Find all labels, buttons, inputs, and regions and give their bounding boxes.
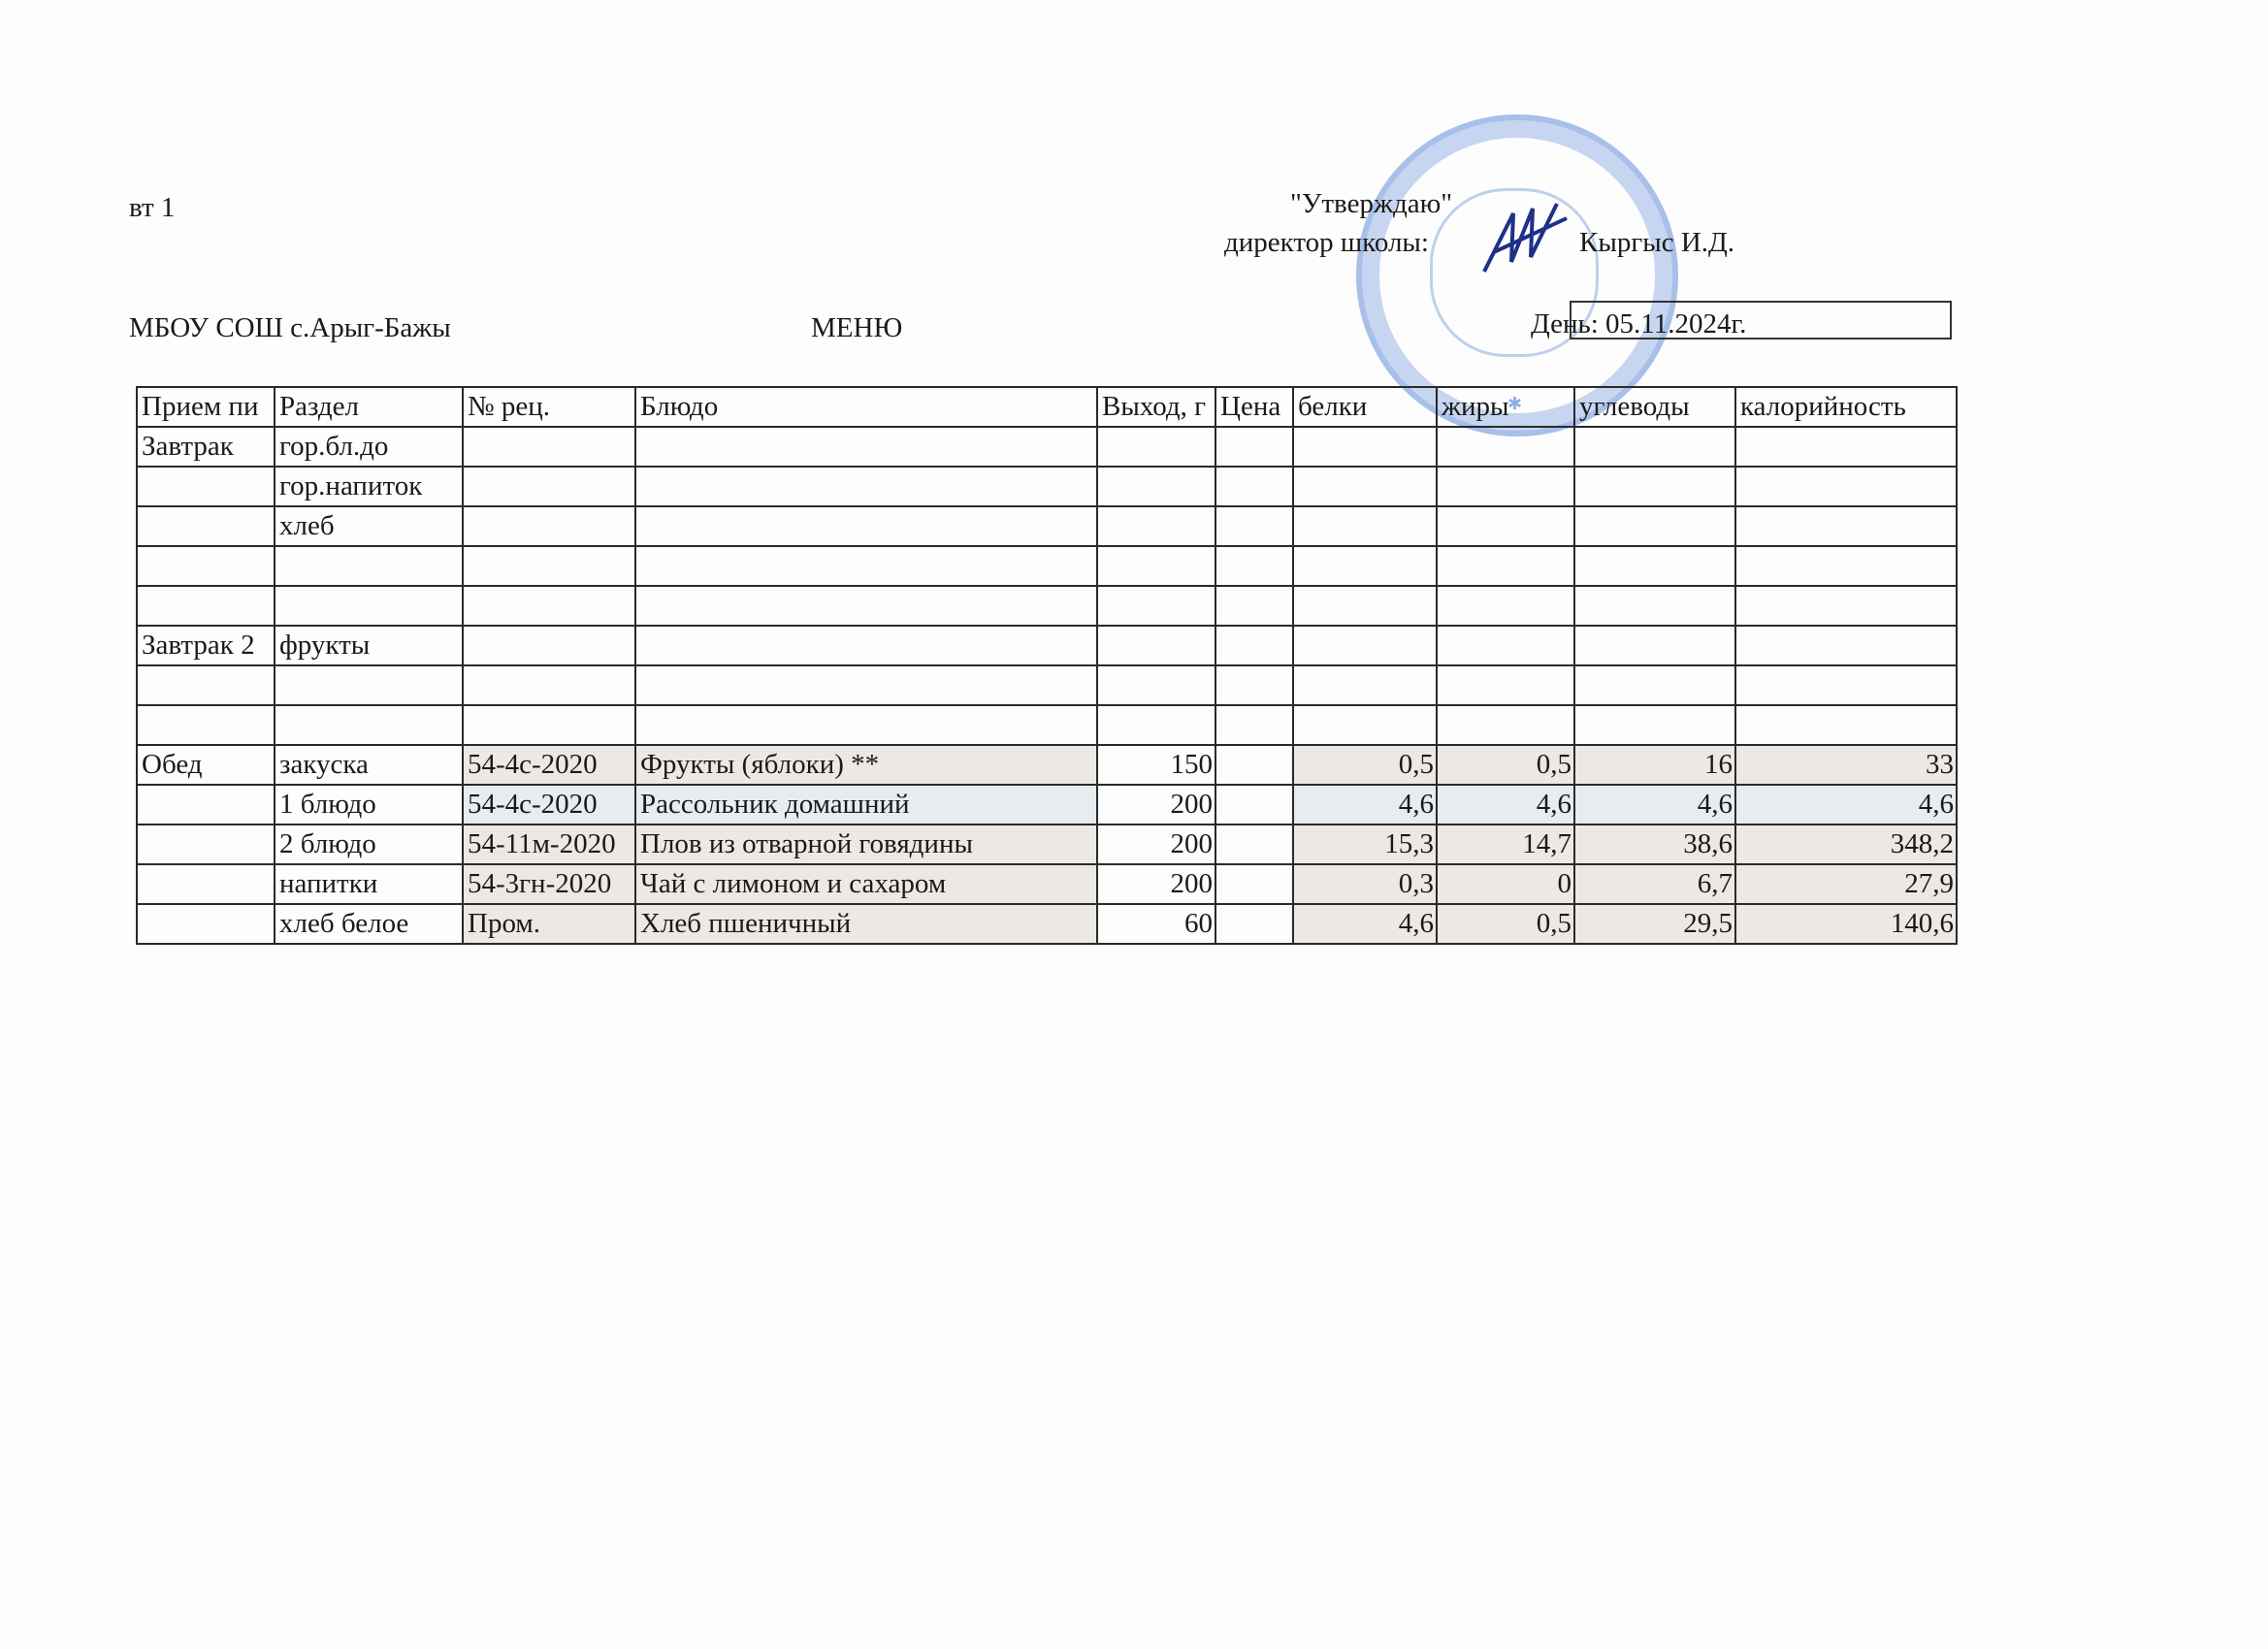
- cell-price: [1215, 427, 1293, 467]
- cell-meal: [137, 467, 275, 506]
- cell-meal: [137, 824, 275, 864]
- cell-fat: [1437, 705, 1574, 745]
- cell-price: [1215, 506, 1293, 546]
- cell-carbs: [1574, 427, 1735, 467]
- cell-yield: [1097, 705, 1215, 745]
- cell-section: [275, 546, 463, 586]
- menu-date: День: 05.11.2024г.: [1531, 308, 1746, 340]
- cell-price: [1215, 705, 1293, 745]
- cell-carbs: 4,6: [1574, 785, 1735, 824]
- cell-calories: [1735, 427, 1957, 467]
- cell-dish: [635, 586, 1097, 626]
- cell-section: закуска: [275, 745, 463, 785]
- cell-yield: [1097, 626, 1215, 665]
- cell-yield: 150: [1097, 745, 1215, 785]
- cell-protein: [1293, 665, 1437, 705]
- cell-meal: Обед: [137, 745, 275, 785]
- menu-table: Прием пиРаздел№ рец.БлюдоВыход, гЦенабел…: [136, 386, 1958, 945]
- cell-dish: Рассольник домашний: [635, 785, 1097, 824]
- column-header: жиры: [1437, 387, 1574, 427]
- cell-dish: Хлеб пшеничный: [635, 904, 1097, 944]
- table-row: Обедзакуска54-4с-2020Фрукты (яблоки) **1…: [137, 745, 1957, 785]
- cell-carbs: 16: [1574, 745, 1735, 785]
- table-row: хлеб: [137, 506, 1957, 546]
- cell-dish: [635, 467, 1097, 506]
- cell-carbs: [1574, 626, 1735, 665]
- table-row: [137, 546, 1957, 586]
- director-label: директор школы:: [1224, 227, 1429, 259]
- cell-dish: [635, 506, 1097, 546]
- cell-fat: [1437, 427, 1574, 467]
- table-row: напитки54-3гн-2020Чай с лимоном и сахаро…: [137, 864, 1957, 904]
- cell-calories: 4,6: [1735, 785, 1957, 824]
- cell-section: [275, 586, 463, 626]
- cell-meal: [137, 705, 275, 745]
- cell-calories: [1735, 586, 1957, 626]
- cell-calories: [1735, 506, 1957, 546]
- table-row: 2 блюдо54-11м-2020Плов из отварной говяд…: [137, 824, 1957, 864]
- cell-meal: [137, 586, 275, 626]
- cell-recipe: [463, 506, 635, 546]
- cell-section: напитки: [275, 864, 463, 904]
- cell-section: гор.бл.до: [275, 427, 463, 467]
- cell-carbs: 38,6: [1574, 824, 1735, 864]
- cell-fat: 0: [1437, 864, 1574, 904]
- cell-protein: 0,5: [1293, 745, 1437, 785]
- cell-protein: 0,3: [1293, 864, 1437, 904]
- cell-protein: 15,3: [1293, 824, 1437, 864]
- cell-fat: [1437, 626, 1574, 665]
- cell-meal: [137, 506, 275, 546]
- table-row: [137, 705, 1957, 745]
- cell-price: [1215, 785, 1293, 824]
- cell-carbs: [1574, 467, 1735, 506]
- column-header: белки: [1293, 387, 1437, 427]
- cell-yield: 200: [1097, 864, 1215, 904]
- cell-meal: [137, 904, 275, 944]
- cell-protein: [1293, 705, 1437, 745]
- cell-yield: 200: [1097, 824, 1215, 864]
- cell-yield: [1097, 467, 1215, 506]
- cell-fat: [1437, 586, 1574, 626]
- cell-calories: [1735, 626, 1957, 665]
- cell-protein: [1293, 586, 1437, 626]
- cell-carbs: 29,5: [1574, 904, 1735, 944]
- cell-protein: 4,6: [1293, 785, 1437, 824]
- cell-section: [275, 705, 463, 745]
- cell-protein: 4,6: [1293, 904, 1437, 944]
- cell-fat: 0,5: [1437, 904, 1574, 944]
- cell-price: [1215, 904, 1293, 944]
- cell-yield: [1097, 586, 1215, 626]
- cell-protein: [1293, 506, 1437, 546]
- cell-meal: [137, 864, 275, 904]
- column-header: Прием пи: [137, 387, 275, 427]
- cell-dish: [635, 626, 1097, 665]
- cell-meal: Завтрак 2: [137, 626, 275, 665]
- cell-carbs: [1574, 665, 1735, 705]
- cell-dish: [635, 546, 1097, 586]
- cell-recipe: [463, 665, 635, 705]
- cell-dish: [635, 665, 1097, 705]
- cell-recipe: 54-4с-2020: [463, 785, 635, 824]
- cell-yield: [1097, 427, 1215, 467]
- cell-fat: 0,5: [1437, 745, 1574, 785]
- cell-price: [1215, 745, 1293, 785]
- table-row: Завтракгор.бл.до: [137, 427, 1957, 467]
- cell-section: 1 блюдо: [275, 785, 463, 824]
- cell-protein: [1293, 546, 1437, 586]
- cell-recipe: 54-4с-2020: [463, 745, 635, 785]
- cell-fat: [1437, 506, 1574, 546]
- cell-calories: [1735, 665, 1957, 705]
- cell-price: [1215, 546, 1293, 586]
- cell-protein: [1293, 467, 1437, 506]
- cell-protein: [1293, 626, 1437, 665]
- column-header: Выход, г: [1097, 387, 1215, 427]
- cell-dish: Фрукты (яблоки) **: [635, 745, 1097, 785]
- table-row: Завтрак 2фрукты: [137, 626, 1957, 665]
- cell-fat: 4,6: [1437, 785, 1574, 824]
- cell-calories: 348,2: [1735, 824, 1957, 864]
- director-name: Кыргыс И.Д.: [1579, 227, 1734, 259]
- cell-recipe: [463, 546, 635, 586]
- cell-meal: [137, 665, 275, 705]
- cell-calories: 27,9: [1735, 864, 1957, 904]
- table-row: хлеб белоеПром.Хлеб пшеничный604,60,529,…: [137, 904, 1957, 944]
- cell-dish: Плов из отварной говядины: [635, 824, 1097, 864]
- cell-yield: 200: [1097, 785, 1215, 824]
- cell-section: [275, 665, 463, 705]
- table-row: 1 блюдо54-4с-2020Рассольник домашний2004…: [137, 785, 1957, 824]
- column-header: Цена: [1215, 387, 1293, 427]
- cell-dish: [635, 705, 1097, 745]
- cell-fat: 14,7: [1437, 824, 1574, 864]
- cell-calories: 140,6: [1735, 904, 1957, 944]
- cell-recipe: [463, 427, 635, 467]
- cell-price: [1215, 626, 1293, 665]
- cell-carbs: 6,7: [1574, 864, 1735, 904]
- cell-dish: [635, 427, 1097, 467]
- cell-carbs: [1574, 705, 1735, 745]
- cell-protein: [1293, 427, 1437, 467]
- cell-recipe: 54-11м-2020: [463, 824, 635, 864]
- cell-price: [1215, 665, 1293, 705]
- column-header: Раздел: [275, 387, 463, 427]
- cell-recipe: [463, 586, 635, 626]
- cell-price: [1215, 586, 1293, 626]
- cell-meal: [137, 546, 275, 586]
- table-row: [137, 665, 1957, 705]
- column-header: калорийность: [1735, 387, 1957, 427]
- cell-recipe: [463, 626, 635, 665]
- cell-calories: 33: [1735, 745, 1957, 785]
- cell-recipe: Пром.: [463, 904, 635, 944]
- table-row: [137, 586, 1957, 626]
- page-title: МЕНЮ: [811, 312, 902, 344]
- cell-fat: [1437, 467, 1574, 506]
- column-header: № рец.: [463, 387, 635, 427]
- signature-icon: [1474, 194, 1581, 281]
- cell-yield: [1097, 546, 1215, 586]
- cell-price: [1215, 824, 1293, 864]
- cell-price: [1215, 864, 1293, 904]
- cell-yield: 60: [1097, 904, 1215, 944]
- cell-recipe: 54-3гн-2020: [463, 864, 635, 904]
- cell-section: 2 блюдо: [275, 824, 463, 864]
- cell-yield: [1097, 665, 1215, 705]
- cell-carbs: [1574, 546, 1735, 586]
- cell-dish: Чай с лимоном и сахаром: [635, 864, 1097, 904]
- cell-calories: [1735, 705, 1957, 745]
- approval-label: "Утверждаю": [1290, 188, 1452, 220]
- cell-carbs: [1574, 586, 1735, 626]
- school-name: МБОУ СОШ с.Арыг-Бажы: [129, 312, 451, 344]
- cell-price: [1215, 467, 1293, 506]
- cell-fat: [1437, 665, 1574, 705]
- cell-meal: [137, 785, 275, 824]
- cell-section: хлеб белое: [275, 904, 463, 944]
- cell-section: гор.напиток: [275, 467, 463, 506]
- cell-calories: [1735, 467, 1957, 506]
- cell-meal: Завтрак: [137, 427, 275, 467]
- week-label: вт 1: [129, 192, 175, 224]
- cell-section: хлеб: [275, 506, 463, 546]
- column-header: углеводы: [1574, 387, 1735, 427]
- cell-section: фрукты: [275, 626, 463, 665]
- cell-yield: [1097, 506, 1215, 546]
- cell-recipe: [463, 705, 635, 745]
- cell-fat: [1437, 546, 1574, 586]
- cell-calories: [1735, 546, 1957, 586]
- table-header-row: Прием пиРаздел№ рец.БлюдоВыход, гЦенабел…: [137, 387, 1957, 427]
- table-row: гор.напиток: [137, 467, 1957, 506]
- column-header: Блюдо: [635, 387, 1097, 427]
- cell-carbs: [1574, 506, 1735, 546]
- cell-recipe: [463, 467, 635, 506]
